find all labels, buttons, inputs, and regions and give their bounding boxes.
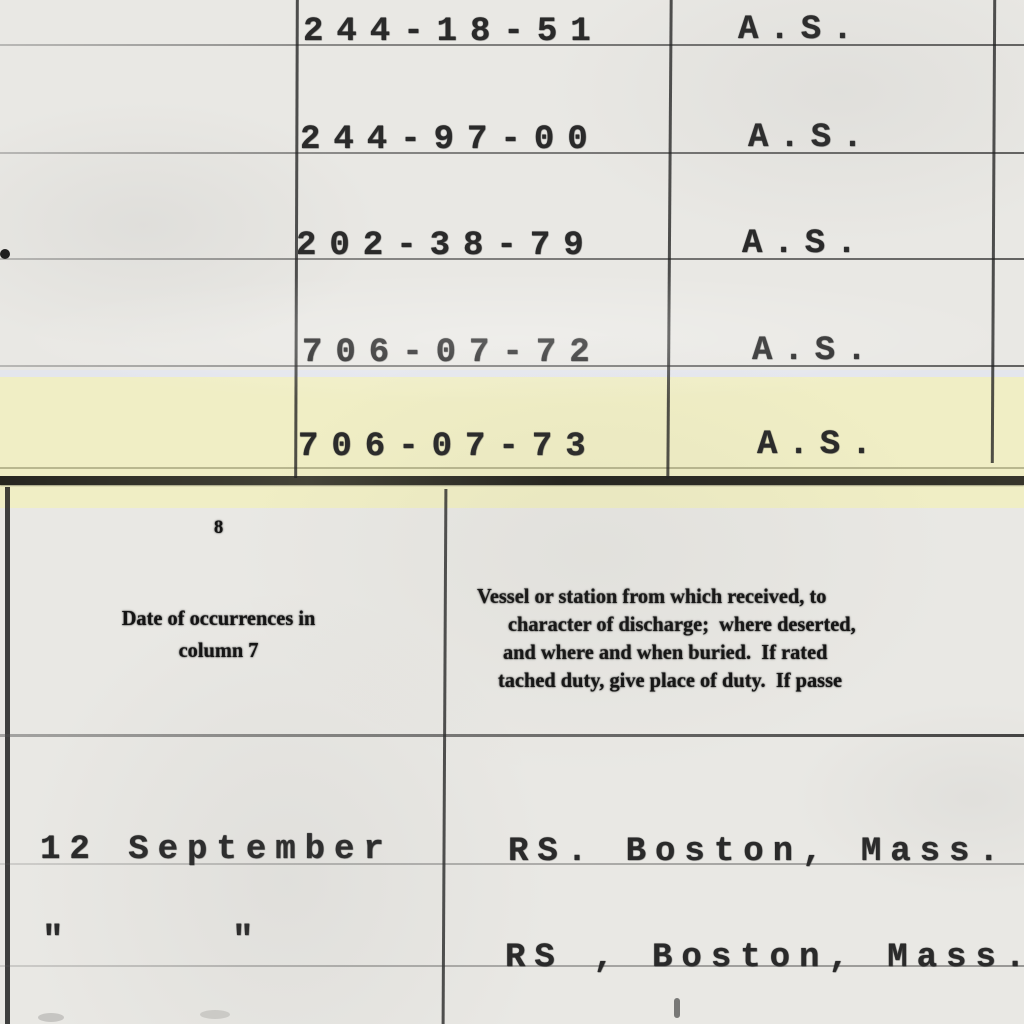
rating-cell: A.S. <box>742 227 868 261</box>
entry-cell: RS , Boston, Mass. <box>505 941 1024 975</box>
service-number-cell: 244-18-51 <box>303 15 604 49</box>
ditto-mark: " <box>42 923 73 959</box>
vessel-column-header-line: and where and when buried. If rated <box>503 641 1024 663</box>
stray-mark <box>674 998 680 1018</box>
column-divider-line <box>442 489 448 1024</box>
date-column-header-line2: column 7 <box>10 639 427 661</box>
ditto-mark: " <box>232 923 263 959</box>
scanned-muster-roll-page: 244-18-51 A.S. 244-97-00 A.S. 202-38-79 … <box>0 0 1024 1024</box>
stray-smudge <box>38 1013 64 1022</box>
vessel-column-header-line: character of discharge; where deserted, <box>508 613 1024 635</box>
stray-smudge <box>200 1010 230 1019</box>
header-separator-line <box>0 734 1024 737</box>
stray-period-mark <box>0 249 10 259</box>
service-number-cell: 706-07-72 <box>302 336 603 370</box>
rating-cell: A.S. <box>757 428 883 462</box>
column-number-label: 8 <box>10 518 427 538</box>
service-number-cell: 706-07-73 <box>298 430 599 464</box>
rating-cell: A.S. <box>738 13 864 47</box>
table-bottom-border <box>0 476 1024 485</box>
service-number-cell: 244-97-00 <box>300 123 601 157</box>
service-number-cell: 202-38-79 <box>296 229 597 263</box>
row-line <box>0 467 1024 469</box>
entry-cell: RS. Boston, Mass. <box>508 835 1008 869</box>
rating-cell: A.S. <box>752 334 878 368</box>
date-cell: 12 September <box>40 833 393 867</box>
rating-cell: A.S. <box>748 121 874 155</box>
table-left-border <box>5 487 10 1024</box>
date-column-header: Date of occurrences in <box>10 607 427 629</box>
vessel-column-header-line: tached duty, give place of duty. If pass… <box>498 669 1024 691</box>
vessel-column-header-line: Vessel or station from which received, t… <box>477 585 1024 607</box>
